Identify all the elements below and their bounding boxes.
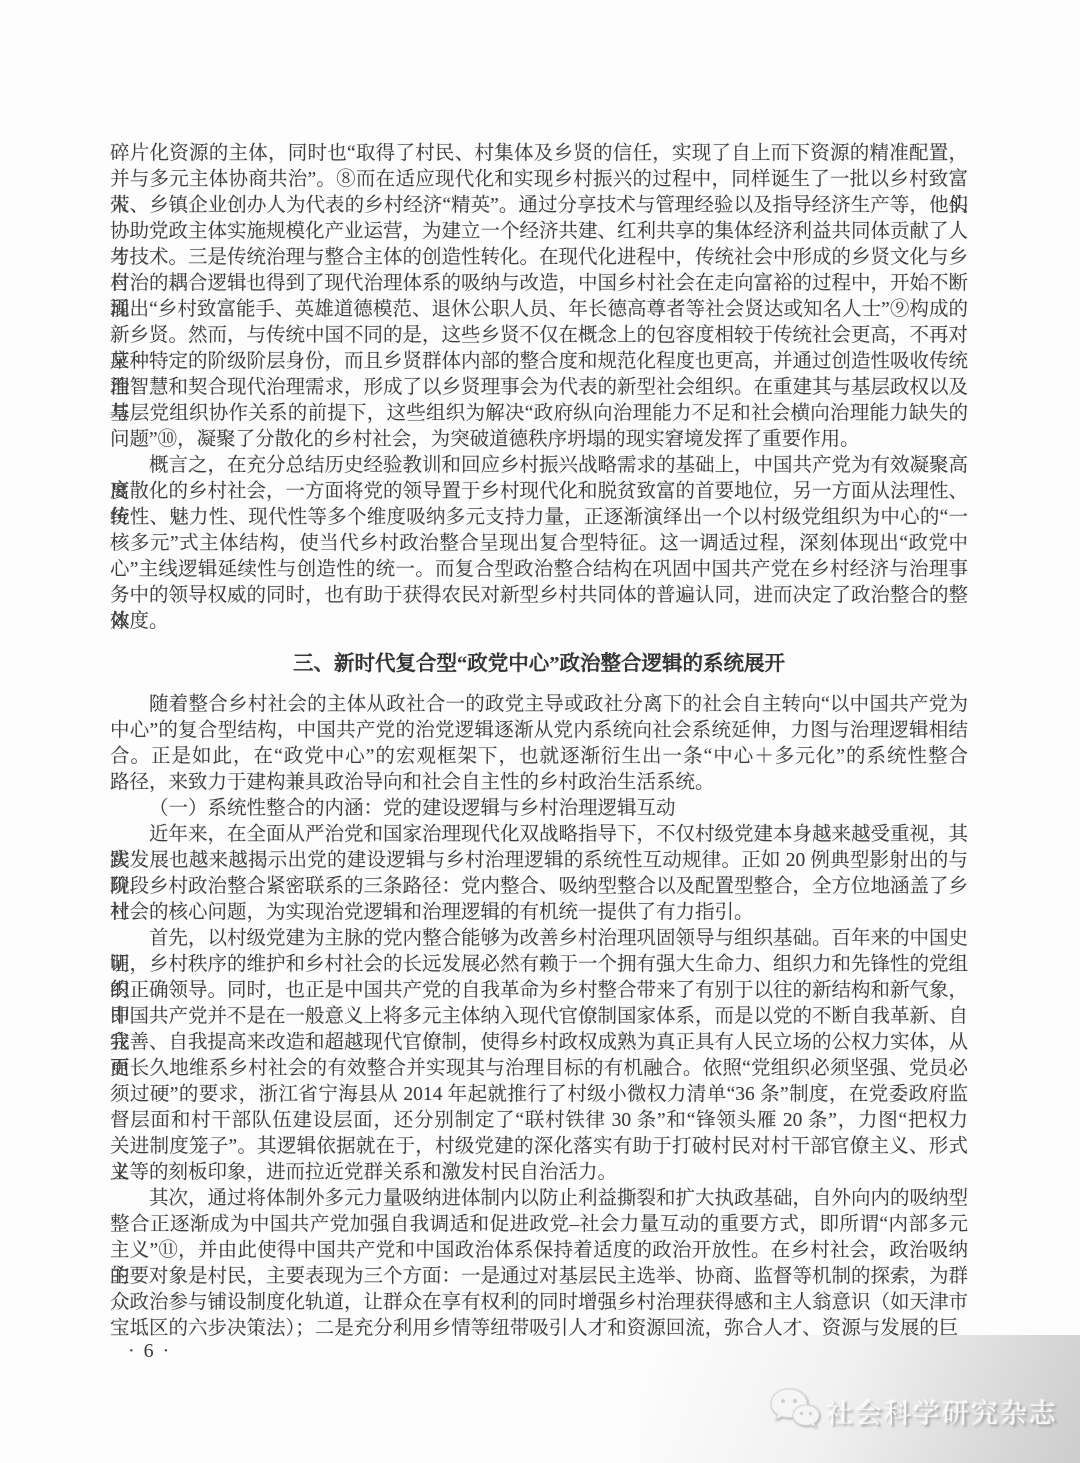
text-line: 效度。 [110,609,968,635]
paragraph: 首先，以村级党建为主脉的党内整合能够为改善乡村治理巩固领导与组织基础。百年来的中… [110,926,968,1186]
text-line: 随着整合乡村社会的主体从政社合一的政党主导或政社分离下的社会自主转向“以中国共产… [110,692,968,718]
text-line: 阶段乡村政治整合紧密联系的三条路径：党内整合、吸纳型整合以及配置型整合，全方位地… [110,874,968,900]
text-line: 协助党政主体实施规模化产业运营，为建立一个经济共建、红利共享的集体经济利益共同体… [110,219,968,245]
page-number: · 6 · [128,1340,171,1363]
text-line: 首先，以村级党建为主脉的党内整合能够为改善乡村治理巩固领导与组织基础。百年来的中… [110,926,968,952]
text-line: 合。正是如此，在“政党中心”的宏观框架下，也就逐渐衍生出一条“中心＋多元化”的系… [110,744,968,770]
text-line: 中心”的复合型结构，中国共产党的治党逻辑逐渐从党内系统向社会系统延伸，力图与治理… [110,718,968,744]
text-line: 更长久地维系乡村社会的有效整合并实现其与治理目标的有机融合。依照“党组织必须坚强… [110,1056,968,1082]
text-line: 离散化的乡村社会，一方面将党的领导置于乡村现代化和脱贫致富的首要地位，另一方面从… [110,479,968,505]
text-line: 践发展也越来越揭示出党的建设逻辑与乡村治理逻辑的系统性互动规律。正如 20 例典… [110,848,968,874]
text-line: 主义”⑪，并由此使得中国共产党和中国政治体系保持着适度的政治开放性。在乡村社会，… [110,1238,968,1264]
text-line: 完善、自我提高来改造和超越现代官僚制，使得乡村政权成熟为真正具有人民立场的公权力… [110,1030,968,1056]
text-line: 心”主线逻辑延续性与创造性的统一。而复合型政治整合结构在巩固中国共产党在乡村经济… [110,557,968,583]
text-line: 碎片化资源的主体，同时也“取得了村民、村集体及乡贤的信任，实现了自上而下资源的精… [110,141,968,167]
text-line: 问题”⑩，凝聚了分散化的乡村社会，为突破道德秩序坍塌的现实窘境发挥了重要作用。 [110,427,968,453]
paragraph: 近年来，在全面从严治党和国家治理现代化双战略指导下，不仅村级党建本身越来越受重视… [110,822,968,926]
wechat-icon [768,1386,820,1437]
section-heading: 三、新时代复合型“政党中心”政治整合逻辑的系统展开 [110,649,968,679]
text-line: 自治的耦合逻辑也得到了现代治理体系的吸纳与改造，中国乡村社会在走向富裕的过程中，… [110,271,968,297]
text-line: 义等的刻板印象，进而拉近党群关系和激发村民自治活力。 [110,1160,968,1186]
text-line: 理智慧和契合现代治理需求，形成了以乡贤理事会为代表的新型社会组织。在重建其与基层… [110,375,968,401]
text-line: 某种特定的阶级阶层身份，而且乡贤群体内部的整合度和规范化程度也更高，并通过创造性… [110,349,968,375]
text-line: 与技术。三是传统治理与整合主体的创造性转化。在现代化进程中，传统社会中形成的乡贤… [110,245,968,271]
text-line: 新乡贤。然而，与传统中国不同的是，这些乡贤不仅在概念上的包容度相较于传统社会更高… [110,323,968,349]
text-line: 主要对象是村民，主要表现为三个方面：一是通过对基层民主选举、协商、监督等机制的探… [110,1264,968,1290]
text-line: 其次，通过将体制外多元力量吸纳进体制内以防止利益撕裂和扩大执政基础，自外向内的吸… [110,1186,968,1212]
text-line: 现出“乡村致富能手、英雄道德模范、退休公职人员、年长德高尊者等社会贤达或知名人士… [110,297,968,323]
text-line: 众政治参与铺设制度化轨道，让群众在享有权利的同时增强乡村治理获得感和主人翁意识（… [110,1290,968,1316]
text-line: 整合正逐渐成为中国共产党加强自我调适和促进政党–社会力量互动的重要方式，即所谓“… [110,1212,968,1238]
text-line: 基层党组织协作关系的前提下，这些组织为解决“政府纵向治理能力不足和社会横向治理能… [110,401,968,427]
text-line: 人、乡镇企业创办人为代表的乡村经济“精英”。通过分享技术与管理经验以及指导经济生… [110,193,968,219]
text-line: 的正确领导。同时，也正是中国共产党的自我革命为乡村整合带来了有别于以往的新结构和… [110,978,968,1004]
text-line: 明，乡村秩序的维护和乡村社会的长远发展必然有赖于一个拥有强大生命力、组织力和先锋… [110,952,968,978]
text-line: 并与多元主体协商共治”。⑧而在适应现代化和实现乡村振兴的过程中，同样诞生了一批以… [110,167,968,193]
paragraph: 碎片化资源的主体，同时也“取得了村民、村集体及乡贤的信任，实现了自上而下资源的精… [110,141,968,453]
paragraph: 概言之，在充分总结历史经验教训和回应乡村振兴战略需求的基础上，中国共产党为有效凝… [110,453,968,635]
text-line: 督层面和村干部队伍建设层面，还分别制定了“联村铁律 30 条”和“锋领头雁 20… [110,1108,968,1134]
text-line: 近年来，在全面从严治党和国家治理现代化双战略指导下，不仅村级党建本身越来越受重视… [110,822,968,848]
article-body: 碎片化资源的主体，同时也“取得了村民、村集体及乡贤的信任，实现了自上而下资源的精… [110,0,968,1342]
text-line: 务中的领导权威的同时，也有助于获得农民对新型乡村共同体的普遍认同，进而决定了政治… [110,583,968,609]
text-line: 概言之，在充分总结历史经验教训和回应乡村振兴战略需求的基础上，中国共产党为有效凝… [110,453,968,479]
paragraph: 其次，通过将体制外多元力量吸纳进体制内以防止利益撕裂和扩大执政基础，自外向内的吸… [110,1186,968,1342]
text-line: 关进制度笼子”。其逻辑依据就在于，村级党建的深化落实有助于打破村民对村干部官僚主… [110,1134,968,1160]
sub-section-heading: （一）系统性整合的内涵：党的建设逻辑与乡村治理逻辑互动 [110,796,968,822]
scanned-paper-page: { "content": { "blocks": [ { "type": "pa… [0,0,1080,1463]
text-line: 统性、魅力性、现代性等多个维度吸纳多元支持力量，正逐渐演绎出一个以村级党组织为中… [110,505,968,531]
text-line: 核多元”式主体结构，使当代乡村政治整合呈现出复合型特征。这一调适过程，深刻体现出… [110,531,968,557]
text-line: 社会的核心问题，为实现治党逻辑和治理逻辑的有机统一提供了有力指引。 [110,900,968,926]
text-line: 路径，来致力于建构兼具政治导向和社会自主性的乡村政治生活系统。 [110,770,968,796]
paragraph: 随着整合乡村社会的主体从政社合一的政党主导或政社分离下的社会自主转向“以中国共产… [110,692,968,796]
watermark-text: 社会科学研究杂志 [826,1392,1058,1431]
text-line: 中国共产党并不是在一般意义上将多元主体纳入现代官僚制国家体系，而是以党的不断自我… [110,1004,968,1030]
text-line: 宝坻区的六步决策法）；二是充分利用乡情等纽带吸引人才和资源回流，弥合人才、资源与… [110,1316,968,1342]
text-line: 须过硬”的要求，浙江省宁海县从 2014 年起就推行了村级小微权力清单“36 条… [110,1082,968,1108]
journal-watermark: 社会科学研究杂志 [768,1386,1058,1437]
